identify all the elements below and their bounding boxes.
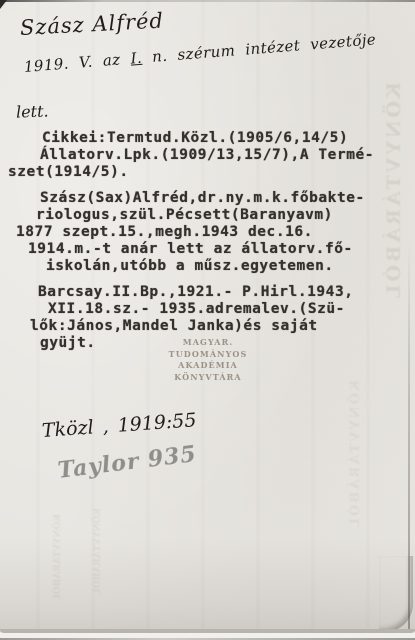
stamp-line: KÖNYVTÁRA bbox=[143, 372, 273, 384]
handwritten-note-post: n. szérum intézet vezetője bbox=[141, 30, 376, 66]
handwritten-name: Szász Alfréd bbox=[19, 8, 164, 40]
library-stamp: MAGYAR. TUDOMÁNYOS AKADÉMIA KÖNYVTÁRA bbox=[143, 337, 273, 383]
typed-line: riologus,szül.Pécsett(Baranyavm) bbox=[36, 207, 415, 224]
typed-line: 1914.m.-t anár lett az állatorv.fő- bbox=[28, 241, 415, 258]
typed-line: lők:János,Mandel Janka)és saját bbox=[30, 318, 415, 335]
typed-biography-block: Szász(Sax)Alfréd,dr.ny.m.k.főbakte- riol… bbox=[0, 190, 415, 275]
typed-line: 1877 szept.15.,megh.1943 dec.16. bbox=[16, 224, 415, 241]
typed-line: Állatorv.Lpk.(1909/13,15/7),A Termé- bbox=[40, 147, 415, 164]
bottom-shadow-band bbox=[0, 538, 415, 632]
handwritten-note: 1919. V. az I. n. szérum intézet vezetőj… bbox=[23, 30, 376, 76]
handwritten-note-continuation: lett. bbox=[16, 101, 49, 121]
handwritten-note-pre: 1919. V. az bbox=[23, 50, 131, 76]
typed-line: Barcsay.II.Bp.,1921.- P.Hirl.1943, bbox=[38, 284, 415, 301]
typed-line: XII.18.sz.- 1935.adremalev.(Szü- bbox=[48, 301, 415, 318]
typed-line: iskolán,utóbb a műsz.egyetemen. bbox=[46, 258, 415, 275]
stamp-line: MAGYAR. bbox=[143, 337, 273, 349]
typed-line: Cikkei:Termtud.Közl.(1905/6,14/5) bbox=[42, 130, 415, 147]
scan-corner-mark bbox=[0, 0, 7, 9]
pencil-annotation: Taylor 935 bbox=[56, 441, 198, 484]
typed-articles-block: Cikkei:Termtud.Közl.(1905/6,14/5) Állato… bbox=[0, 130, 415, 181]
catalog-card-scan: KÖNYVTÁRÁBÓL KÖNYVTÁRÁBÓL KÖNYVTÁRÁBÓL K… bbox=[0, 0, 415, 640]
handwritten-reference: Tközl , 1919:55 bbox=[41, 409, 197, 442]
typed-line: Szász(Sax)Alfréd,dr.ny.m.k.főbakte- bbox=[40, 190, 415, 207]
typed-line: szet(1914/5). bbox=[8, 164, 415, 181]
scan-edge-top bbox=[0, 0, 415, 2]
stamp-line: TUDOMÁNYOS AKADÉMIA bbox=[143, 349, 273, 372]
